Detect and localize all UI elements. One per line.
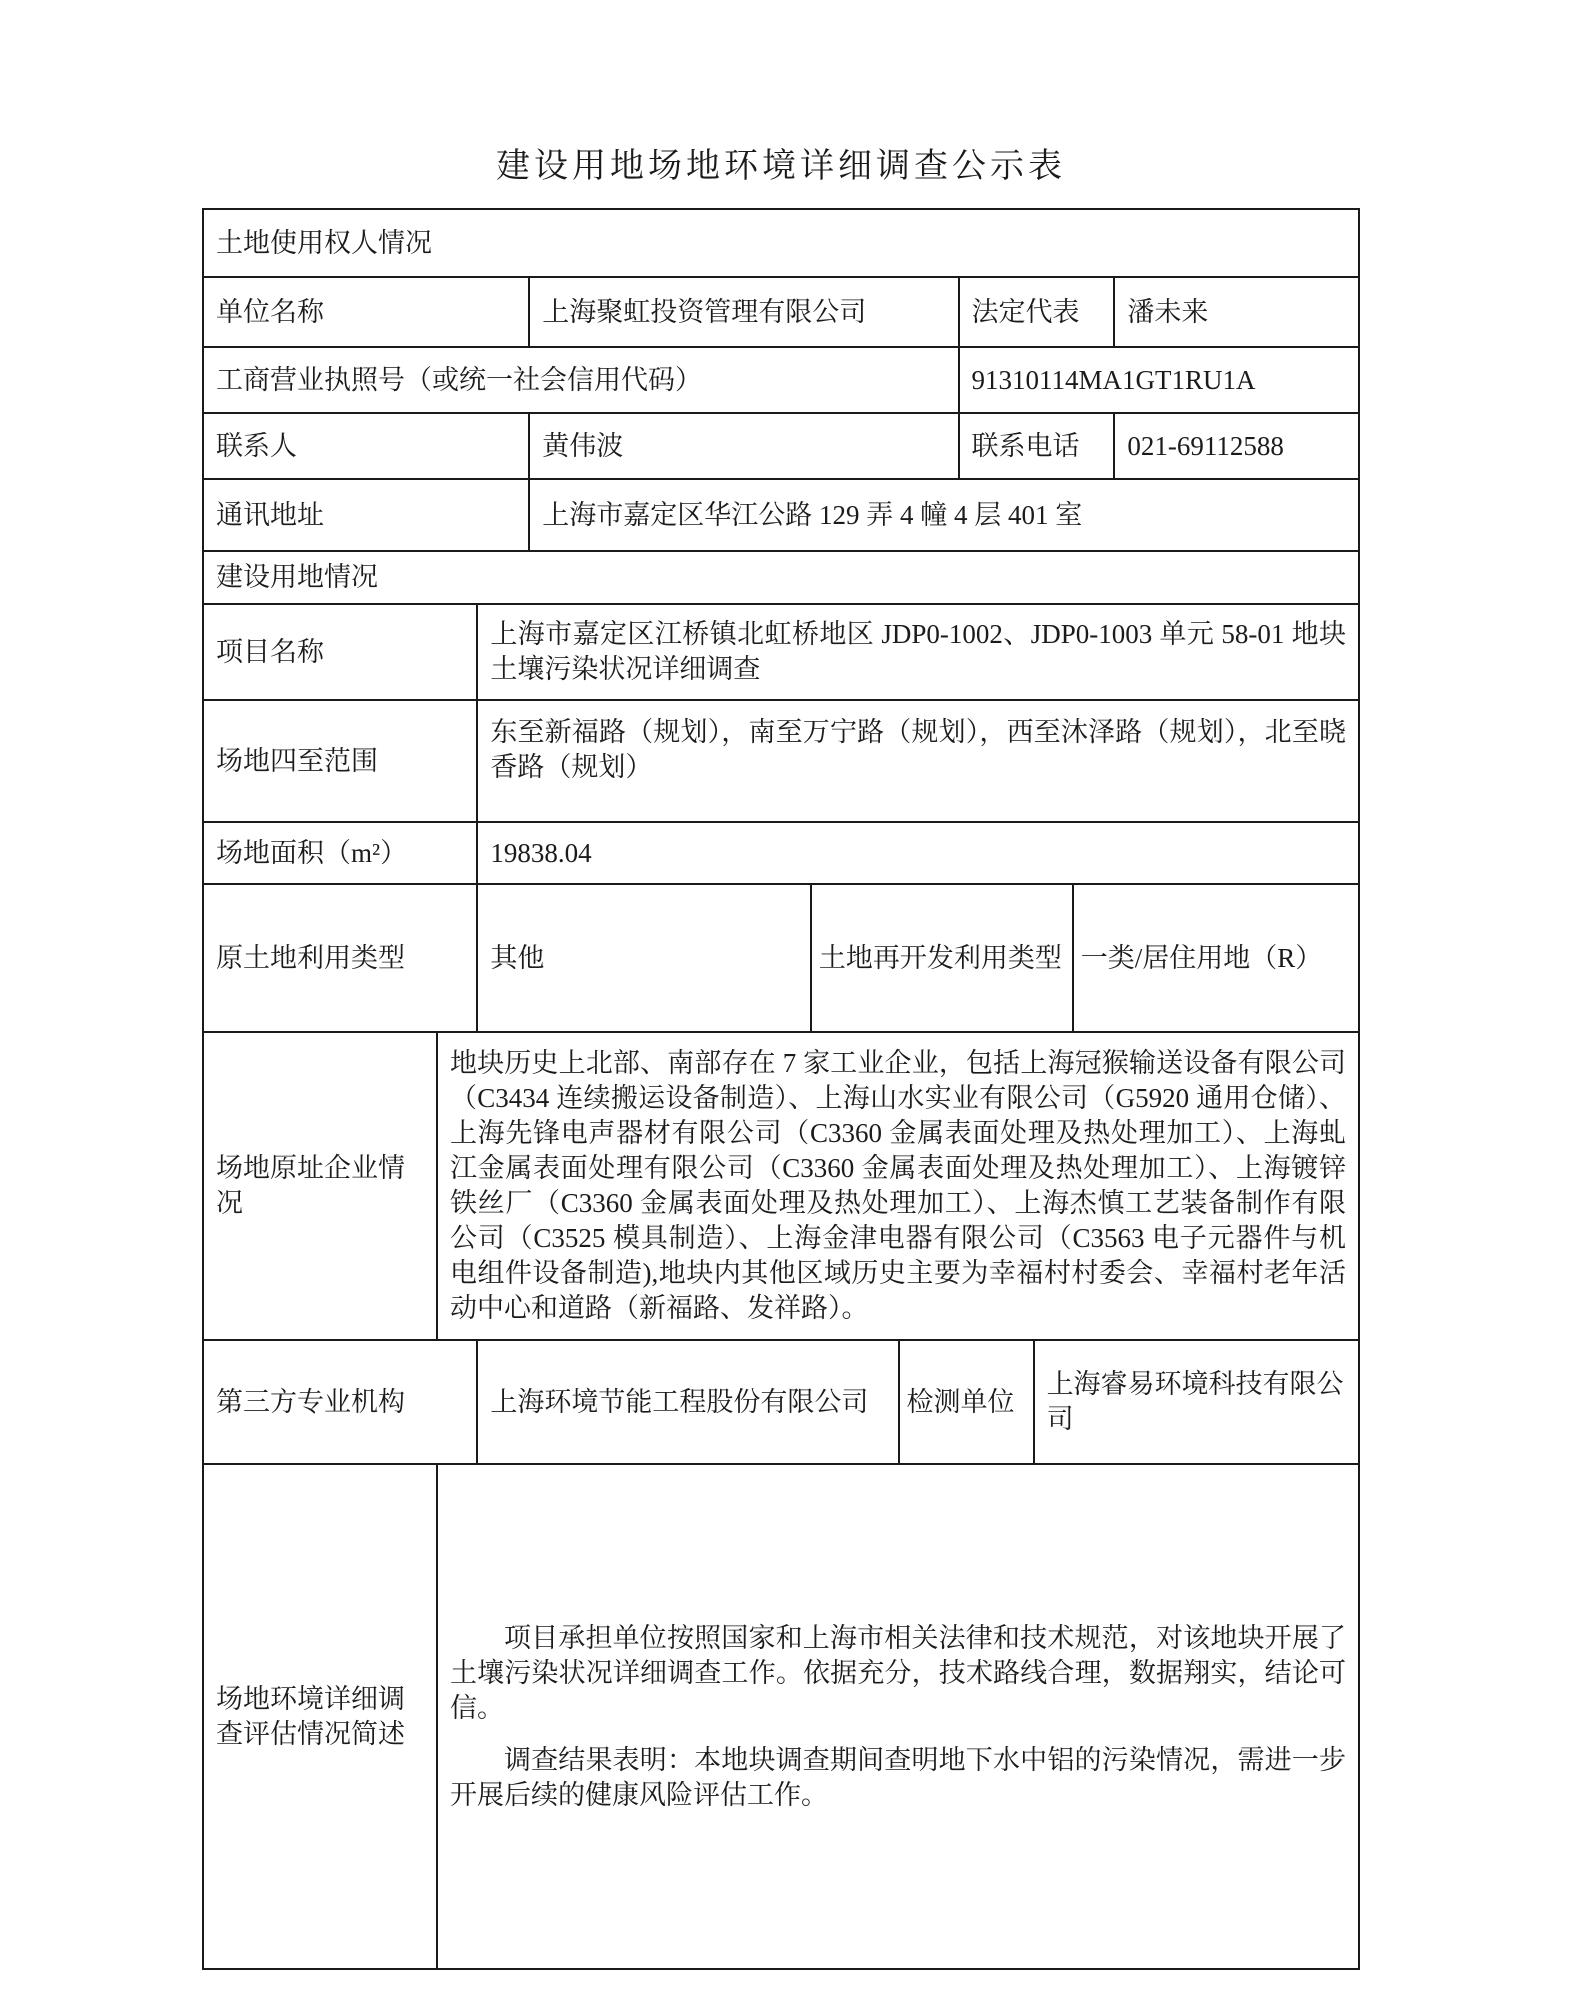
section-header-land-user: 土地使用权人情况 <box>204 210 1358 276</box>
row-address: 通讯地址 上海市嘉定区华江公路 129 弄 4 幢 4 层 401 室 <box>204 478 1358 550</box>
unit-name-label: 单位名称 <box>204 278 528 346</box>
row-land-use-types: 原土地利用类型 其他 土地再开发利用类型 一类/居住用地（R） <box>204 883 1358 1031</box>
site-area-value: 19838.04 <box>476 823 1358 883</box>
site-boundary-text: 东至新福路（规划），南至万宁路（规划），西至沐泽路（规划），北至晓香路（规划） <box>490 715 1346 785</box>
assessment-paragraph-2: 调查结果表明：本地块调查期间查明地下水中铝的污染情况，需进一步开展后续的健康风险… <box>450 1743 1346 1813</box>
site-boundary-value: 东至新福路（规划），南至万宁路（规划），西至沐泽路（规划），北至晓香路（规划） <box>476 701 1358 821</box>
row-site-boundary: 场地四至范围 东至新福路（规划），南至万宁路（规划），西至沐泽路（规划），北至晓… <box>204 699 1358 821</box>
row-section-land-user: 土地使用权人情况 <box>204 210 1358 276</box>
redevelopment-use-label: 土地再开发利用类型 <box>810 885 1072 1031</box>
original-land-use-value: 其他 <box>476 885 810 1031</box>
project-name-value: 上海市嘉定区江桥镇北虹桥地区 JDP0-1002、JDP0-1003 单元 58… <box>476 605 1358 699</box>
page-title: 建设用地场地环境详细调查公示表 <box>202 138 1360 187</box>
site-history-value: 地块历史上北部、南部存在 7 家工业企业，包括上海冠猴输送设备有限公司（C343… <box>436 1033 1358 1339</box>
row-site-area: 场地面积（m²） 19838.04 <box>204 821 1358 883</box>
row-assessment: 场地环境详细调查评估情况简述 项目承担单位按照国家和上海市相关法律和技术规范，对… <box>204 1463 1358 1968</box>
unit-name-value: 上海聚虹投资管理有限公司 <box>528 278 957 346</box>
legal-rep-value: 潘未来 <box>1113 278 1358 346</box>
site-history-text: 地块历史上北部、南部存在 7 家工业企业，包括上海冠猴输送设备有限公司（C343… <box>450 1046 1346 1326</box>
redevelopment-use-value: 一类/居住用地（R） <box>1072 885 1358 1031</box>
form-table: 土地使用权人情况 单位名称 上海聚虹投资管理有限公司 法定代表 潘未来 工商营业… <box>202 208 1360 1970</box>
legal-rep-label: 法定代表 <box>958 278 1114 346</box>
project-name-text: 上海市嘉定区江桥镇北虹桥地区 JDP0-1002、JDP0-1003 单元 58… <box>490 617 1346 687</box>
row-unit-name: 单位名称 上海聚虹投资管理有限公司 法定代表 潘未来 <box>204 276 1358 346</box>
third-party-value: 上海环境节能工程股份有限公司 <box>476 1341 897 1463</box>
address-label: 通讯地址 <box>204 480 528 550</box>
row-section-construction-land: 建设用地情况 <box>204 550 1358 603</box>
site-boundary-label: 场地四至范围 <box>204 701 476 821</box>
phone-value: 021-69112588 <box>1113 414 1358 478</box>
contact-label: 联系人 <box>204 414 528 478</box>
testing-unit-label: 检测单位 <box>898 1341 1033 1463</box>
row-third-party: 第三方专业机构 上海环境节能工程股份有限公司 检测单位 上海睿易环境科技有限公司 <box>204 1339 1358 1463</box>
testing-unit-value: 上海睿易环境科技有限公司 <box>1033 1341 1358 1463</box>
document-page: 建设用地场地环境详细调查公示表 土地使用权人情况 单位名称 上海聚虹投资管理有限… <box>0 0 1587 2009</box>
section-header-construction-land: 建设用地情况 <box>204 552 1358 603</box>
row-project-name: 项目名称 上海市嘉定区江桥镇北虹桥地区 JDP0-1002、JDP0-1003 … <box>204 603 1358 699</box>
license-value: 91310114MA1GT1RU1A <box>958 348 1358 412</box>
assessment-value: 项目承担单位按照国家和上海市相关法律和技术规范，对该地块开展了土壤污染状况详细调… <box>436 1465 1358 1968</box>
contact-value: 黄伟波 <box>528 414 957 478</box>
phone-label: 联系电话 <box>958 414 1114 478</box>
site-area-label: 场地面积（m²） <box>204 823 476 883</box>
row-contact: 联系人 黄伟波 联系电话 021-69112588 <box>204 412 1358 478</box>
assessment-paragraph-1: 项目承担单位按照国家和上海市相关法律和技术规范，对该地块开展了土壤污染状况详细调… <box>450 1621 1346 1726</box>
license-label: 工商营业执照号（或统一社会信用代码） <box>204 348 958 412</box>
third-party-label: 第三方专业机构 <box>204 1341 476 1463</box>
address-value: 上海市嘉定区华江公路 129 弄 4 幢 4 层 401 室 <box>528 480 1358 550</box>
project-name-label: 项目名称 <box>204 605 476 699</box>
row-license: 工商营业执照号（或统一社会信用代码） 91310114MA1GT1RU1A <box>204 346 1358 412</box>
original-land-use-label: 原土地利用类型 <box>204 885 476 1031</box>
site-history-label: 场地原址企业情况 <box>204 1033 436 1339</box>
row-site-history: 场地原址企业情况 地块历史上北部、南部存在 7 家工业企业，包括上海冠猴输送设备… <box>204 1031 1358 1339</box>
assessment-label: 场地环境详细调查评估情况简述 <box>204 1465 436 1968</box>
